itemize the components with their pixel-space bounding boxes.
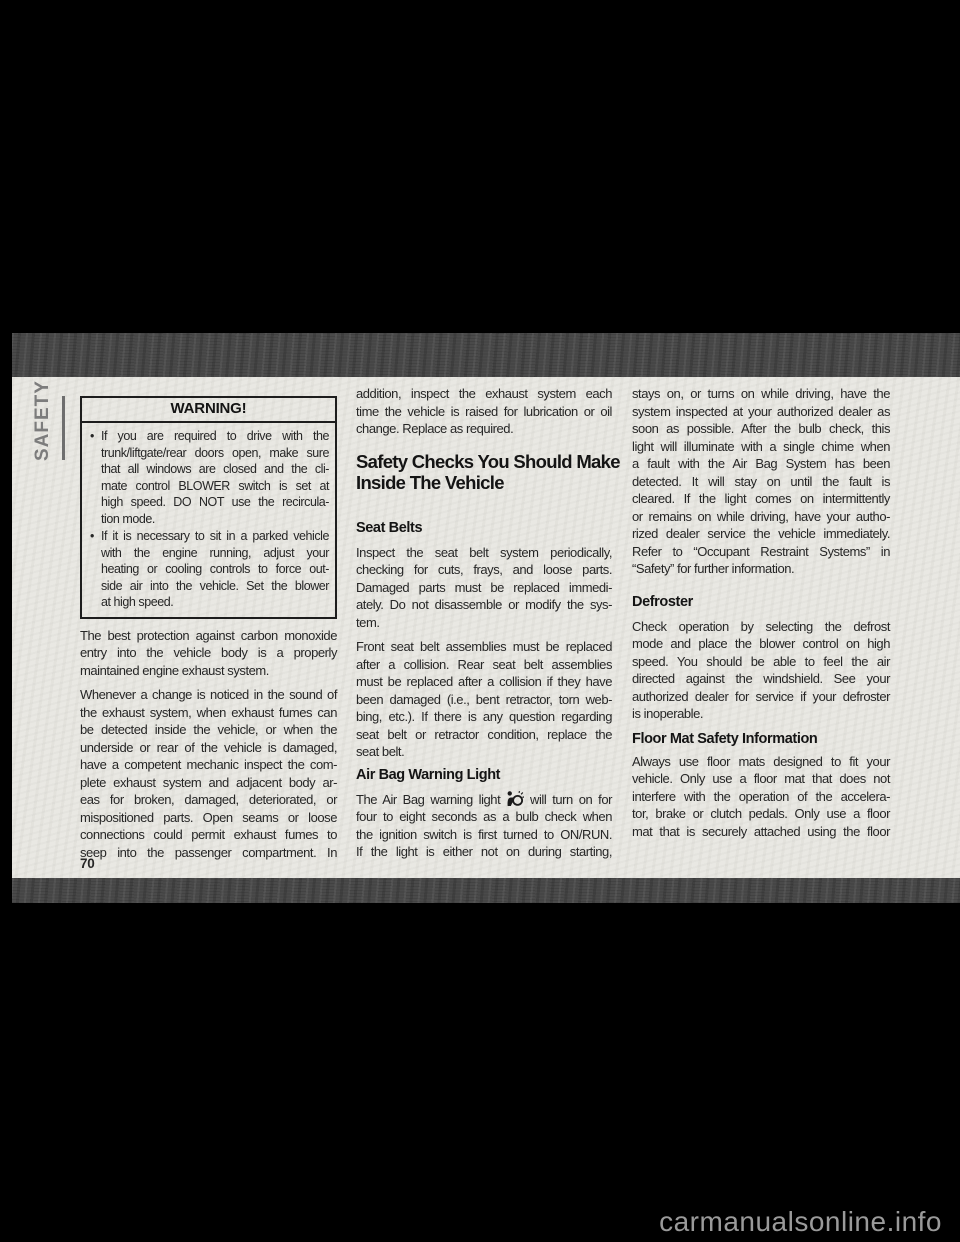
warning-box-title: WARNING! xyxy=(82,398,335,423)
watermark-text: carmanualsonline.info xyxy=(659,1206,942,1238)
text-line: heating or cooling controls to force out… xyxy=(101,561,329,578)
heading-line: Safety Checks You Should Make xyxy=(356,451,612,472)
warning-bullet: • If you are required to drive with the … xyxy=(88,428,329,527)
text-line: Whenever a change is noticed in the soun… xyxy=(80,686,337,704)
paragraph-exhaust-continued: addition, inspect the exhaust system eac… xyxy=(356,385,612,438)
text-line: plete exhaust system and adjacent body a… xyxy=(80,774,337,792)
text-line: Always use floor mats designed to fit yo… xyxy=(632,753,890,771)
text-line: stays on, or turns on while driving, hav… xyxy=(632,385,890,403)
text-line: mate control BLOWER switch is set at xyxy=(101,478,329,495)
text-line: at high speed. xyxy=(101,594,329,611)
paragraph-air-bag-light: The Air Bag warning light will turn on f… xyxy=(356,791,612,861)
text-line: four to eight seconds as a bulb check wh… xyxy=(356,808,612,826)
text-line: high speed. DO NOT use the recircula- xyxy=(101,494,329,511)
text-line: Check operation by selecting the defrost xyxy=(632,618,890,636)
text-line: tor, brake or clutch pedals. Only use a … xyxy=(632,805,890,823)
bottom-texture-band xyxy=(12,878,960,903)
paragraph-seat-belt-replace: Front seat belt assemblies must be repla… xyxy=(356,638,612,761)
text-line: a fault with the Air Bag System has been xyxy=(632,455,890,473)
text-line: mode and place the blower control on hig… xyxy=(632,635,890,653)
text-line: system inspected at your authorized deal… xyxy=(632,403,890,421)
paragraph-carbon-monoxide: The best protection against carbon monox… xyxy=(80,627,337,680)
text-line: Refer to “Occupant Restraint Systems” in xyxy=(632,543,890,561)
text-line: be detected inside the vehicle, or when … xyxy=(80,721,337,739)
safety-tab-rule xyxy=(62,396,65,460)
section-heading-safety-checks: Safety Checks You Should Make Inside The… xyxy=(356,451,612,493)
safety-chapter-tab: SAFETY xyxy=(32,395,62,461)
text-line: interfere with the operation of the acce… xyxy=(632,788,890,806)
paragraph-exhaust-inspection: Whenever a change is noticed in the soun… xyxy=(80,686,337,861)
text-line: rized dealer service the vehicle immedia… xyxy=(632,525,890,543)
text-line: The best protection against carbon monox… xyxy=(80,627,337,645)
page-number: 70 xyxy=(80,856,95,871)
text-line: entry into the vehicle body is a properl… xyxy=(80,644,337,662)
text-line: connections could permit exhaust fumes t… xyxy=(80,826,337,844)
bullet-icon: • xyxy=(90,428,94,445)
paragraph-defroster: Check operation by selecting the defrost… xyxy=(632,618,890,723)
text-line: directed against the windshield. See you… xyxy=(632,670,890,688)
paragraph-seat-belt-inspect: Inspect the seat belt system periodicall… xyxy=(356,544,612,632)
text-line: the exhaust system, when exhaust fumes c… xyxy=(80,704,337,722)
text-line: Inspect the seat belt system periodicall… xyxy=(356,544,612,562)
text-line: must be replaced after a collision if th… xyxy=(356,673,612,691)
manual-page-paper: SAFETY WARNING! • If you are required to… xyxy=(12,377,960,878)
text-line: ately. Do not disassemble or modify the … xyxy=(356,596,612,614)
text-line: Front seat belt assemblies must be repla… xyxy=(356,638,612,656)
text-line: have a competent mechanic inspect the co… xyxy=(80,756,337,774)
text-line: vehicle. Only use a floor mat that does … xyxy=(632,770,890,788)
text-line: been damaged (i.e., bent retractor, torn… xyxy=(356,691,612,709)
text-line: that all windows are closed and the cli- xyxy=(101,461,329,478)
text-line: speed. You should be able to feel the ai… xyxy=(632,653,890,671)
text-line: time the vehicle is raised for lubricati… xyxy=(356,403,612,421)
warning-bullet: • If it is necessary to sit in a parked … xyxy=(88,528,329,611)
text-line: “Safety” for further information. xyxy=(632,560,890,578)
text-line: after a collision. Rear seat belt assemb… xyxy=(356,656,612,674)
paragraph-floor-mats: Always use floor mats designed to fit yo… xyxy=(632,753,890,841)
text-segment: The Air Bag warning light xyxy=(356,792,500,807)
text-line: tion mode. xyxy=(101,511,329,528)
text-line: detected. It will stay on until the faul… xyxy=(632,473,890,491)
column-right: stays on, or turns on while driving, hav… xyxy=(632,385,890,840)
text-line: cleared. If the light comes on intermitt… xyxy=(632,490,890,508)
subheading-air-bag-warning-light: Air Bag Warning Light xyxy=(356,766,612,784)
text-line: light will illuminate with a single chim… xyxy=(632,438,890,456)
subheading-seat-belts: Seat Belts xyxy=(356,519,612,537)
heading-line: Inside The Vehicle xyxy=(356,472,612,493)
air-bag-warning-icon xyxy=(506,791,524,806)
text-line: soon as possible. After the bulb check, … xyxy=(632,420,890,438)
bullet-icon: • xyxy=(90,528,94,545)
column-left: WARNING! • If you are required to drive … xyxy=(80,391,337,861)
text-line: trunk/liftgate/rear doors open, make sur… xyxy=(101,445,329,462)
text-line: eas for broken, damaged, deteriorated, o… xyxy=(80,791,337,809)
subheading-floor-mat-safety: Floor Mat Safety Information xyxy=(632,730,890,748)
text-line: seep into the passenger compartment. In xyxy=(80,844,337,862)
text-line: addition, inspect the exhaust system eac… xyxy=(356,385,612,403)
text-line: change. Replace as required. xyxy=(356,420,612,438)
text-line: If it is necessary to sit in a parked ve… xyxy=(101,528,329,545)
top-texture-band xyxy=(12,333,960,377)
text-line: mat that is securely attached using the … xyxy=(632,823,890,841)
text-segment: will turn on for xyxy=(530,792,612,807)
column-middle: addition, inspect the exhaust system eac… xyxy=(356,385,612,861)
text-line: is inoperable. xyxy=(632,705,890,723)
text-line: underside or rear of the vehicle is dama… xyxy=(80,739,337,757)
text-line: side air into the vehicle. Set the blowe… xyxy=(101,578,329,595)
text-line: or remains on while driving, have your a… xyxy=(632,508,890,526)
text-line: checking for cuts, frays, and loose part… xyxy=(356,561,612,579)
text-line: the ignition switch is first turned to O… xyxy=(356,826,612,844)
subheading-defroster: Defroster xyxy=(632,593,890,611)
text-line: tem. xyxy=(356,614,612,632)
text-line: authorized dealer for service if your de… xyxy=(632,688,890,706)
text-line: seat belt or retractor condition, replac… xyxy=(356,726,612,744)
text-line: If you are required to drive with the xyxy=(101,428,329,445)
text-line: with the engine running, adjust your xyxy=(101,545,329,562)
text-line: If the light is either not on during sta… xyxy=(356,843,612,861)
warning-box-body: • If you are required to drive with the … xyxy=(82,423,335,617)
text-line: Damaged parts must be replaced immedi- xyxy=(356,579,612,597)
text-line: seat belt. xyxy=(356,743,612,761)
paragraph-air-bag-continued: stays on, or turns on while driving, hav… xyxy=(632,385,890,578)
warning-box: WARNING! • If you are required to drive … xyxy=(80,396,337,619)
manual-page-screenshot: { "sidebar": { "label": "SAFETY" }, "foo… xyxy=(0,0,960,1242)
text-line: maintained engine exhaust system. xyxy=(80,662,337,680)
text-line: bing, etc.). If there is any question re… xyxy=(356,708,612,726)
text-line: mispositioned parts. Open seams or loose xyxy=(80,809,337,827)
text-line-with-icon: The Air Bag warning light will turn on f… xyxy=(356,791,612,809)
